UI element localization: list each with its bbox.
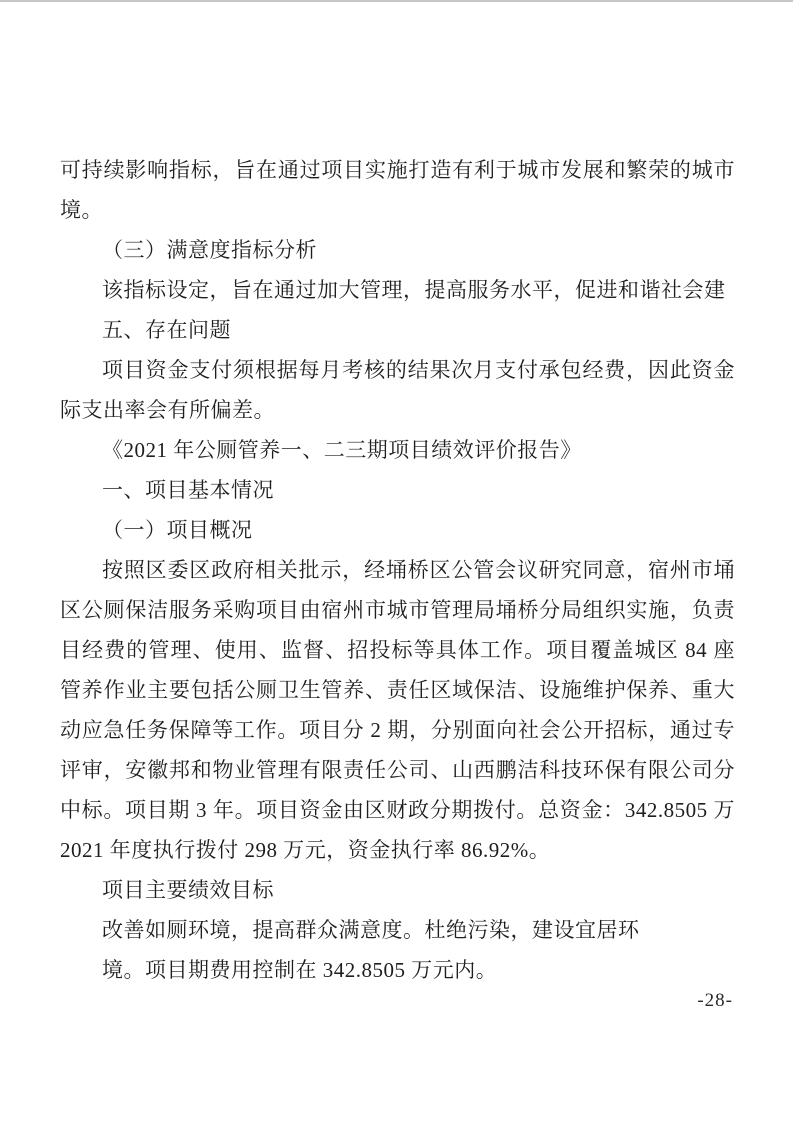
- body-text-line: 中标。项目期 3 年。项目资金由区财政分期拨付。总资金：342.8505 万元。: [60, 790, 735, 830]
- body-text-line: 该指标设定，旨在通过加大管理，提高服务水平，促进和谐社会建设。: [60, 270, 735, 310]
- report-title-reference: 《2021 年公厕管养一、二三期项目绩效评价报告》: [60, 430, 735, 470]
- body-text-line: 境。: [60, 190, 735, 230]
- body-text-line: 区公厕保洁服务采购项目由宿州市城市管理局埇桥分局组织实施，负责项: [60, 590, 735, 630]
- body-text-line: 动应急任务保障等工作。项目分 2 期，分别面向社会公开招标，通过专家: [60, 710, 735, 750]
- body-text-line: 评审，安徽邦和物业管理有限责任公司、山西鹏洁科技环保有限公司分别: [60, 750, 735, 790]
- subsection-heading-overview: （一）项目概况: [60, 510, 735, 550]
- section-heading-problems: 五、存在问题: [60, 310, 735, 350]
- body-text-line: 目经费的管理、使用、监督、招投标等具体工作。项目覆盖城区 84 座公厕。: [60, 630, 735, 670]
- body-text-line: 项目资金支付须根据每月考核的结果次月支付承包经费，因此资金实: [60, 350, 735, 390]
- body-text-line: 管养作业主要包括公厕卫生管养、责任区域保洁、设施维护保养、重大活: [60, 670, 735, 710]
- body-text-line: 按照区委区政府相关批示，经埇桥区公管会议研究同意，宿州市埇桥: [60, 550, 735, 590]
- scan-edge-artifact: [0, 0, 793, 2]
- subsection-heading-satisfaction: （三）满意度指标分析: [60, 230, 735, 270]
- performance-goal-heading: 项目主要绩效目标: [60, 870, 735, 910]
- document-page: 可持续影响指标，旨在通过项目实施打造有利于城市发展和繁荣的城市环 境。 （三）满…: [0, 0, 793, 1122]
- document-body: 可持续影响指标，旨在通过项目实施打造有利于城市发展和繁荣的城市环 境。 （三）满…: [60, 150, 735, 990]
- body-text-line: 可持续影响指标，旨在通过项目实施打造有利于城市发展和繁荣的城市环: [60, 150, 735, 190]
- body-text-line: 境。项目期费用控制在 342.8505 万元内。: [60, 950, 735, 990]
- body-text-line: 改善如厕环境，提高群众满意度。杜绝污染，建设宜居环: [60, 910, 735, 950]
- body-text-line: 际支出率会有所偏差。: [60, 390, 735, 430]
- body-text-line: 2021 年度执行拨付 298 万元，资金执行率 86.92%。: [60, 830, 735, 870]
- section-heading-basic-info: 一、项目基本情况: [60, 470, 735, 510]
- page-number: -28-: [697, 990, 733, 1012]
